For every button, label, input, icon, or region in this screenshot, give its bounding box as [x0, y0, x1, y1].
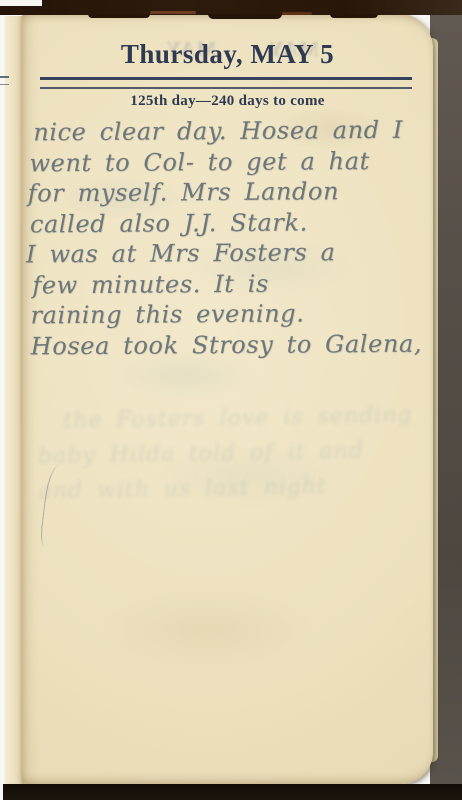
bleedthrough-line: baby Hilda told of it and: [38, 433, 419, 475]
facing-page-rule-fragment: [0, 76, 9, 85]
diary-entry-handwriting: nice clear day. Hosea and Iwent to Col- …: [29, 115, 431, 362]
day-count-line: 125th day—240 days to come: [22, 93, 433, 110]
book-cover-bottom-edge: [3, 784, 462, 800]
bleedthrough-line: the Fosters love is sending: [63, 398, 418, 439]
scanner-background-notch: [0, 0, 42, 6]
diary-page: MAY MAY Thursday, MAY 5 125th day—240 da…: [22, 13, 433, 784]
torn-edge-rust-detail: [282, 12, 312, 15]
entry-line: raining this evening.: [30, 298, 430, 331]
entry-line: Hosea took Strosy to Galena,: [31, 328, 431, 361]
entry-line: called also J.J. Stark.: [30, 206, 430, 239]
book-cover-top-edge: [0, 0, 462, 15]
diary-page-scan: MAY MAY Thursday, MAY 5 125th day—240 da…: [0, 0, 462, 800]
entry-line: went to Col- to get a hat: [29, 145, 429, 178]
torn-edge-rust-detail: [150, 11, 196, 14]
date-header: Thursday, MAY 5: [22, 39, 433, 70]
bleedthrough-line: and with us last night: [38, 468, 419, 510]
torn-edge-detail: [330, 14, 378, 18]
entry-line: few minutes. It is: [32, 267, 430, 300]
entry-line: for myself. Mrs Landon: [28, 176, 430, 209]
header-double-rule: [40, 77, 412, 89]
bleedthrough-handwriting: the Fosters love is sendingbaby Hilda to…: [37, 398, 419, 510]
entry-line: nice clear day. Hosea and I: [33, 115, 429, 148]
torn-edge-detail: [208, 14, 282, 19]
torn-edge-detail: [88, 14, 150, 18]
entry-line: I was at Mrs Fosters a: [26, 237, 430, 270]
